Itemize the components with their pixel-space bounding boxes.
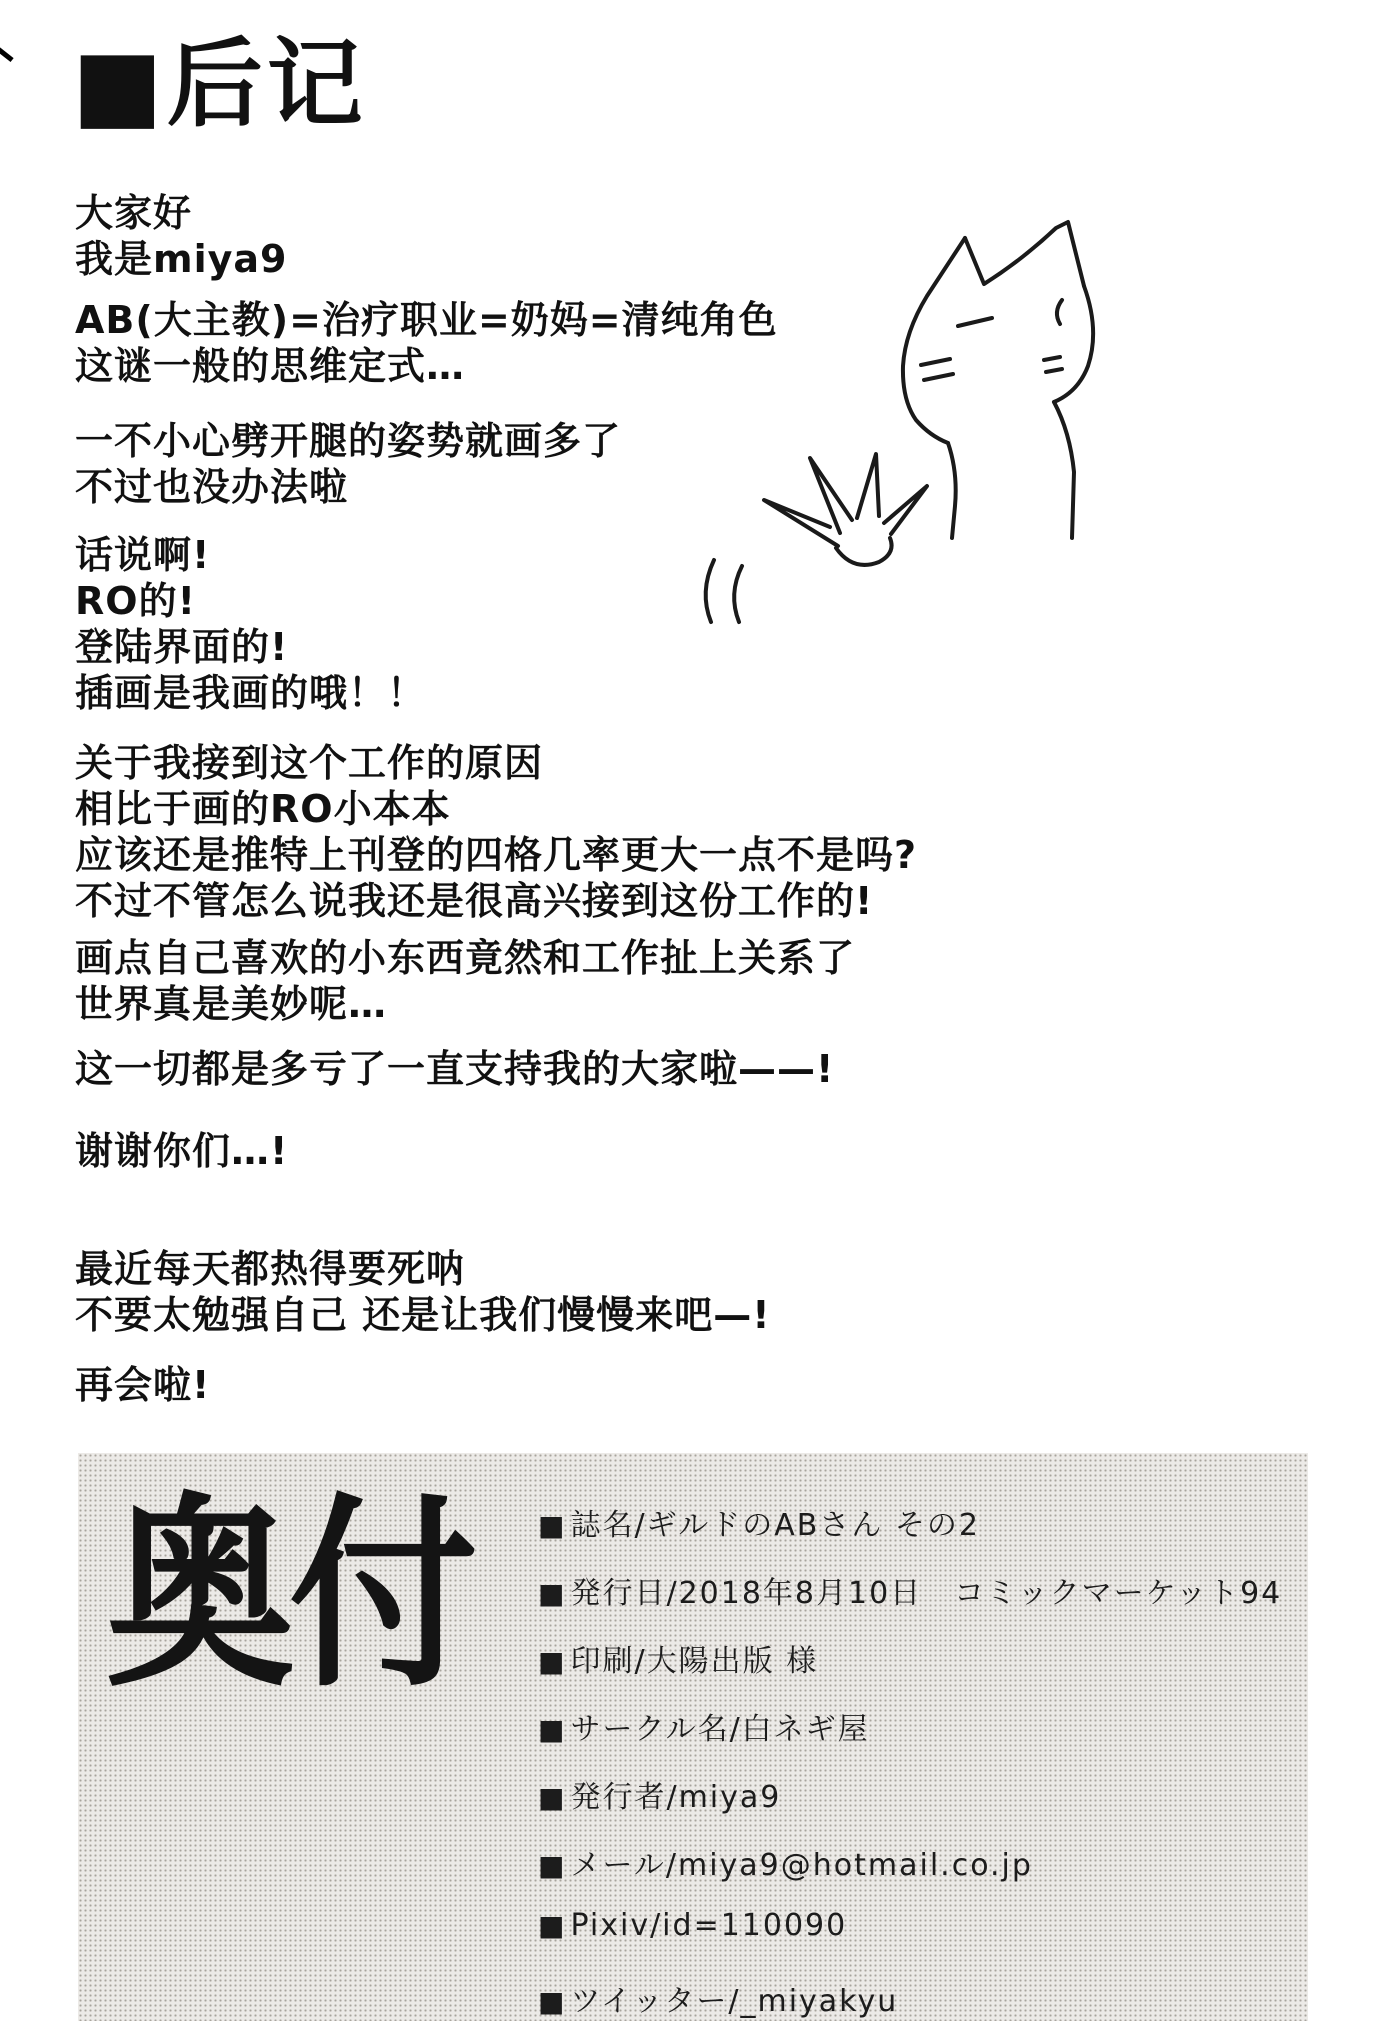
paragraph-ro-illustration: 话说啊! RO的! 登陆界面的! 插画是我画的哦！！ xyxy=(75,532,426,716)
motion-line-path xyxy=(734,566,742,622)
colophon-item-printer: ■印刷/大陽出版 様 xyxy=(538,1636,818,1680)
text-line: AB(大主教)=治疗职业=奶妈=清纯角色 xyxy=(75,297,778,343)
waving-cat-doodle xyxy=(690,175,1110,635)
paragraph-thanks-support: 这一切都是多亏了一直支持我的大家啦——! xyxy=(75,1046,834,1092)
colophon-item-text: サークル名/白ネギ屋 xyxy=(570,1712,869,1747)
square-bullet-icon: ■ xyxy=(538,1713,566,1746)
cat-paw-finger-path xyxy=(857,454,879,518)
text-line: 画点自己喜欢的小东西竟然和工作扯上关系了 xyxy=(75,935,855,981)
paragraph-wonderful-world: 画点自己喜欢的小东西竟然和工作扯上关系了 世界真是美妙呢… xyxy=(75,935,855,1027)
text-line: 话说啊! xyxy=(75,532,426,578)
text-line: 这一切都是多亏了一直支持我的大家啦——! xyxy=(75,1046,834,1092)
cat-paw-palm-path xyxy=(836,538,892,565)
text-line: 不要太勉强自己 还是让我们慢慢来吧—! xyxy=(75,1292,771,1338)
text-line: 一不小心劈开腿的姿势就画多了 xyxy=(75,418,621,464)
paragraph-thank-you: 谢谢你们…! xyxy=(75,1128,288,1174)
colophon-item-list: ■誌名/ギルドのABさん その2 ■発行日/2018年8月10日 コミックマーケ… xyxy=(538,1453,1308,2021)
text-line: 谢谢你们…! xyxy=(75,1128,288,1174)
square-bullet-icon: ■ xyxy=(538,1849,566,1882)
text-line: 世界真是美妙呢… xyxy=(75,981,855,1027)
colophon-item-pixiv: ■Pixiv/id=110090 xyxy=(538,1908,847,1943)
text-line: 这谜一般的思维定式… xyxy=(75,343,778,389)
paragraph-poses: 一不小心劈开腿的姿势就画多了 不过也没办法啦 xyxy=(75,418,621,510)
cat-mouth-mark-path xyxy=(1044,357,1060,360)
text-line: 我是miya9 xyxy=(75,236,287,282)
cat-back-line-path xyxy=(1054,402,1074,538)
paragraph-ab-stereotype: AB(大主教)=治疗职业=奶妈=清纯角色 这谜一般的思维定式… xyxy=(75,297,778,389)
text-line: 应该还是推特上刊登的四格几率更大一点不是吗? xyxy=(75,832,917,878)
cat-mouth-mark-path xyxy=(1046,369,1062,372)
cat-chest-line-path xyxy=(948,443,956,538)
motion-line-path xyxy=(706,560,714,622)
cat-paw-finger-path xyxy=(884,486,927,534)
colophon-item-title: ■誌名/ギルドのABさん その2 xyxy=(538,1500,980,1544)
square-bullet-icon: ■ xyxy=(538,1985,566,2018)
square-bullet-icon: ■ xyxy=(538,1909,566,1942)
colophon-item-circle-name: ■サークル名/白ネギ屋 xyxy=(538,1704,870,1748)
cat-paw-finger-path xyxy=(764,500,838,546)
cat-whisker-path xyxy=(924,374,953,380)
text-line: 大家好 xyxy=(75,190,287,236)
square-bullet-icon: ■ xyxy=(538,1645,566,1678)
colophon-item-text: ツイッター/_miyakyu xyxy=(570,1984,898,2019)
colophon-item-text: Pixiv/id=110090 xyxy=(570,1908,847,1943)
colophon-item-twitter: ■ツイッター/_miyakyu xyxy=(538,1976,898,2020)
colophon-item-text: 誌名/ギルドのABさん その2 xyxy=(570,1508,980,1543)
text-line: 再会啦! xyxy=(75,1362,210,1408)
text-line: 登陆界面的! xyxy=(75,624,426,670)
cat-eye-slash-path xyxy=(958,318,992,326)
colophon-item-email: ■メール/miya9@hotmail.co.jp xyxy=(538,1840,1033,1884)
colophon-item-text: 発行日/2018年8月10日 コミックマーケット94 xyxy=(570,1576,1282,1611)
colophon-item-publish-date: ■発行日/2018年8月10日 コミックマーケット94 xyxy=(538,1568,1282,1612)
text-line: 不过也没办法啦 xyxy=(75,464,621,510)
colophon-item-text: メール/miya9@hotmail.co.jp xyxy=(570,1848,1032,1883)
cat-head-top-and-right-ear-path xyxy=(965,222,1084,286)
scan-artifact-mark xyxy=(0,47,14,62)
cat-whisker-path xyxy=(921,359,950,365)
text-line: 最近每天都热得要死呐 xyxy=(75,1246,771,1292)
cat-sweat-drop-path xyxy=(1057,300,1062,324)
colophon-item-publisher: ■発行者/miya9 xyxy=(538,1772,781,1816)
text-line: 关于我接到这个工作的原因 xyxy=(75,740,917,786)
colophon-box: 奥付 ■誌名/ギルドのABさん その2 ■発行日/2018年8月10日 コミック… xyxy=(78,1453,1308,2021)
text-line: 插画是我画的哦！！ xyxy=(75,670,426,716)
cat-left-ear-and-cheek-path xyxy=(903,238,965,443)
afterword-page: ■后记 大家好 我是miya9 AB(大主教)=治疗职业=奶妈=清纯角色 这谜一… xyxy=(0,0,1384,2021)
text-line: 相比于画的RO小本本 xyxy=(75,786,917,832)
paragraph-greeting: 大家好 我是miya9 xyxy=(75,190,287,282)
paragraph-goodbye: 再会啦! xyxy=(75,1362,210,1408)
colophon-item-text: 印刷/大陽出版 様 xyxy=(570,1644,818,1679)
page-title: ■后记 xyxy=(72,34,367,135)
square-bullet-icon: ■ xyxy=(538,1781,566,1814)
square-bullet-icon: ■ xyxy=(538,1577,566,1610)
colophon-item-text: 発行者/miya9 xyxy=(570,1780,781,1815)
colophon-heading: 奥付 xyxy=(106,1493,472,1698)
square-bullet-icon: ■ xyxy=(538,1509,566,1542)
text-line: RO的! xyxy=(75,578,426,624)
paragraph-job-reason: 关于我接到这个工作的原因 相比于画的RO小本本 应该还是推特上刊登的四格几率更大… xyxy=(75,740,917,924)
text-line: 不过不管怎么说我还是很高兴接到这份工作的! xyxy=(75,878,917,924)
paragraph-hot-days: 最近每天都热得要死呐 不要太勉强自己 还是让我们慢慢来吧—! xyxy=(75,1246,771,1338)
